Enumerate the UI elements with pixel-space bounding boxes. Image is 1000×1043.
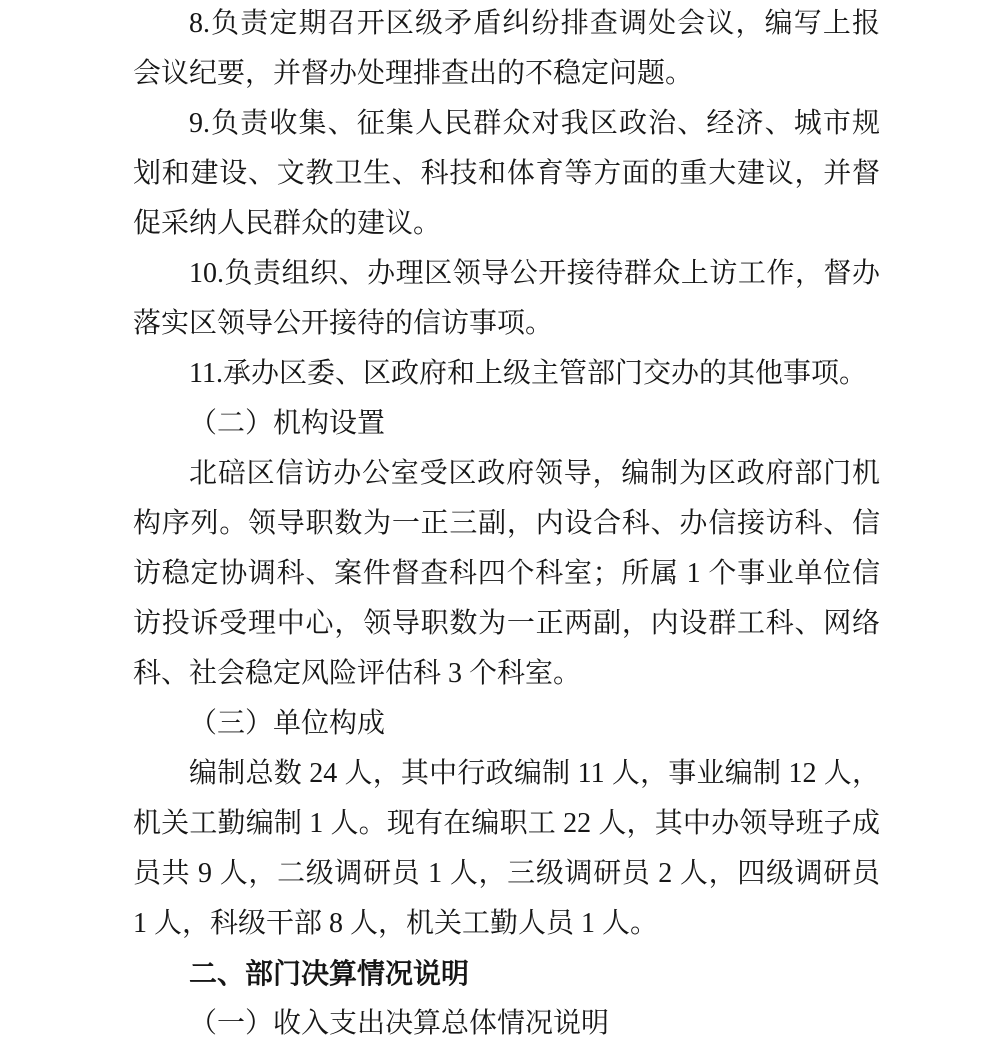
- duty-list-item-9: 9.负责收集、征集人民群众对我区政治、经济、城市规划和建设、文教卫生、科技和体育…: [133, 99, 880, 249]
- paragraph-unit-composition: 编制总数 24 人，其中行政编制 11 人，事业编制 12 人，机关工勤编制 1…: [133, 749, 880, 949]
- subheading-unit-composition: （三）单位构成: [133, 699, 880, 749]
- paragraph-org-setup: 北碚区信访办公室受区政府领导，编制为区政府部门机构序列。领导职数为一正三副，内设…: [133, 449, 880, 699]
- subheading-revenue-expenditure: （一）收入支出决算总体情况说明: [133, 999, 880, 1043]
- document-text-block: 8.负责定期召开区级矛盾纠纷排查调处会议，编写上报会议纪要，并督办处理排查出的不…: [133, 0, 880, 1043]
- duty-list-item-10: 10.负责组织、办理区领导公开接待群众上访工作，督办落实区领导公开接待的信访事项…: [133, 249, 880, 349]
- duty-list-item-8: 8.负责定期召开区级矛盾纠纷排查调处会议，编写上报会议纪要，并督办处理排查出的不…: [133, 0, 880, 99]
- duty-list-item-11: 11.承办区委、区政府和上级主管部门交办的其他事项。: [133, 349, 880, 399]
- subheading-org-setup: （二）机构设置: [133, 399, 880, 449]
- section-heading-final-accounts: 二、部门决算情况说明: [133, 949, 880, 999]
- document-page: 8.负责定期召开区级矛盾纠纷排查调处会议，编写上报会议纪要，并督办处理排查出的不…: [0, 0, 1000, 1043]
